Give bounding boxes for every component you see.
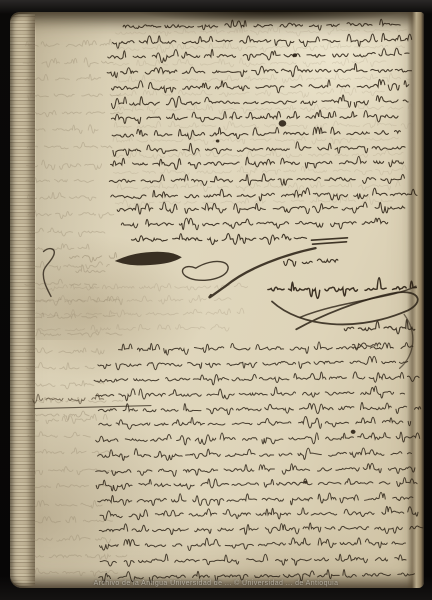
signature-flourish-group: [33, 237, 418, 408]
photo-frame: Archivo de la Antigua Universidad de ...…: [0, 0, 432, 600]
handwriting-root: [23, 19, 424, 584]
handwriting-layer: [0, 0, 432, 600]
watermark-caption: Archivo de la Antigua Universidad de ...…: [0, 580, 432, 587]
